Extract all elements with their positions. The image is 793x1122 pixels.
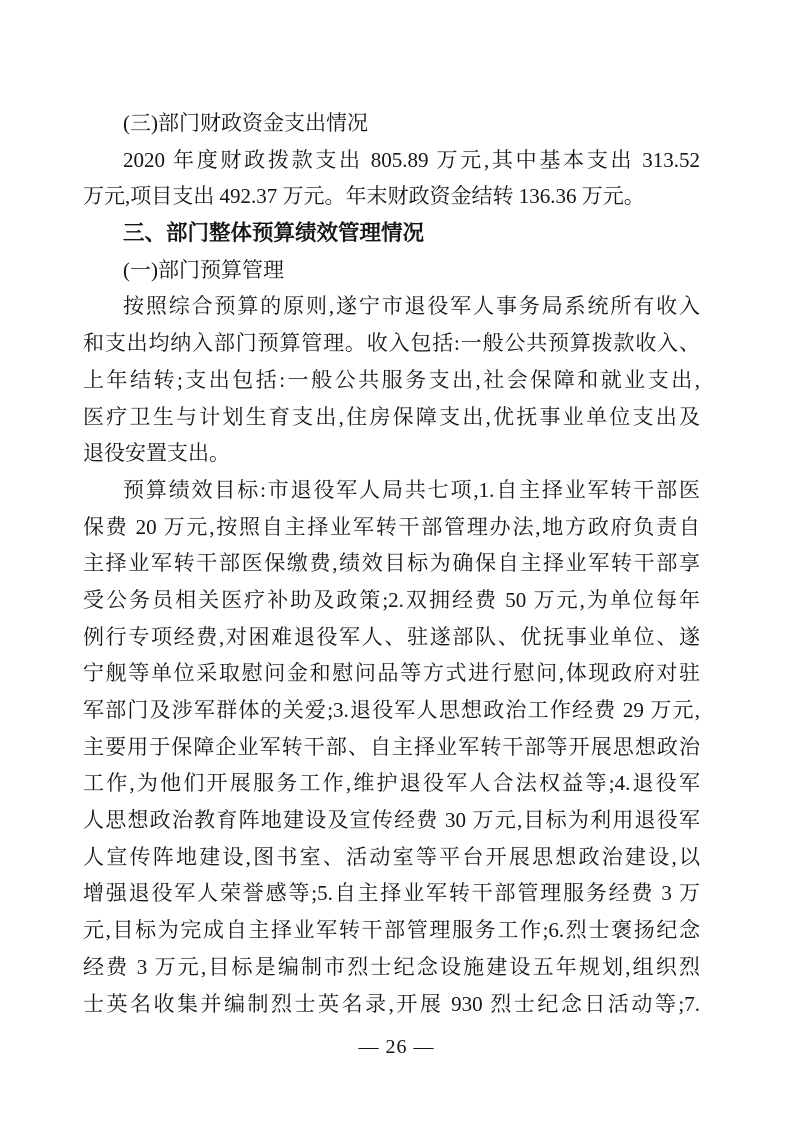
text-line: 宁舰等单位采取慰问金和慰问品等方式进行慰问,体现政府对驻 (83, 655, 700, 692)
text-line: 元,目标为完成自主择业军转干部管理服务工作;6.烈士褒扬纪念 (83, 912, 700, 949)
text-line: 主择业军转干部医保缴费,绩效目标为确保自主择业军转干部享 (83, 545, 700, 582)
section-heading: 三、部门整体预算绩效管理情况 (83, 215, 700, 252)
text-line: 人思想政治教育阵地建设及宣传经费 30 万元,目标为利用退役军 (83, 802, 700, 839)
section-heading: (三)部门财政资金支出情况 (83, 105, 700, 142)
text-line: 退役安置支出。 (83, 435, 700, 472)
document-content: (三)部门财政资金支出情况2020 年度财政拨款支出 805.89 万元,其中基… (83, 105, 700, 1022)
page-number: — 26 — (359, 1036, 435, 1058)
text-line: 例行专项经费,对困难退役军人、驻遂部队、优抚事业单位、遂 (83, 619, 700, 656)
page-footer: — 26 — (0, 1036, 793, 1059)
paragraph: 2020 年度财政拨款支出 805.89 万元,其中基本支出 313.52万元,… (83, 142, 700, 215)
document-page: (三)部门财政资金支出情况2020 年度财政拨款支出 805.89 万元,其中基… (0, 0, 793, 1122)
text-line: 医疗卫生与计划生育支出,住房保障支出,优抚事业单位支出及 (83, 399, 700, 436)
text-line: 受公务员相关医疗补助及政策;2.双拥经费 50 万元,为单位每年 (83, 582, 700, 619)
paragraph: 按照综合预算的原则,遂宁市退役军人事务局系统所有收入和支出均纳入部门预算管理。收… (83, 288, 700, 471)
text-line: 保费 20 万元,按照自主择业军转干部管理办法,地方政府负责自 (83, 509, 700, 546)
text-line: 人宣传阵地建设,图书室、活动室等平台开展思想政治建设,以 (83, 839, 700, 876)
text-line: 2020 年度财政拨款支出 805.89 万元,其中基本支出 313.52 (83, 142, 700, 179)
text-line: 上年结转;支出包括:一般公共服务支出,社会保障和就业支出, (83, 362, 700, 399)
text-line: 三、部门整体预算绩效管理情况 (83, 215, 700, 252)
paragraph: 预算绩效目标:市退役军人局共七项,1.自主择业军转干部医保费 20 万元,按照自… (83, 472, 700, 1022)
text-line: 按照综合预算的原则,遂宁市退役军人事务局系统所有收入 (83, 288, 700, 325)
text-line: 经费 3 万元,目标是编制市烈士纪念设施建设五年规划,组织烈 (83, 949, 700, 986)
text-line: 工作,为他们开展服务工作,维护退役军人合法权益等;4.退役军 (83, 765, 700, 802)
text-line: 士英名收集并编制烈士英名录,开展 930 烈士纪念日活动等;7. (83, 986, 700, 1023)
text-line: 预算绩效目标:市退役军人局共七项,1.自主择业军转干部医 (83, 472, 700, 509)
text-line: 增强退役军人荣誉感等;5.自主择业军转干部管理服务经费 3 万 (83, 875, 700, 912)
text-line: 和支出均纳入部门预算管理。收入包括:一般公共预算拨款收入、 (83, 325, 700, 362)
text-line: 军部门及涉军群体的关爱;3.退役军人思想政治工作经费 29 万元, (83, 692, 700, 729)
text-line: 万元,项目支出 492.37 万元。年末财政资金结转 136.36 万元。 (83, 178, 700, 215)
section-heading: (一)部门预算管理 (83, 252, 700, 289)
text-line: (三)部门财政资金支出情况 (83, 105, 700, 142)
text-line: (一)部门预算管理 (83, 252, 700, 289)
text-line: 主要用于保障企业军转干部、自主择业军转干部等开展思想政治 (83, 729, 700, 766)
